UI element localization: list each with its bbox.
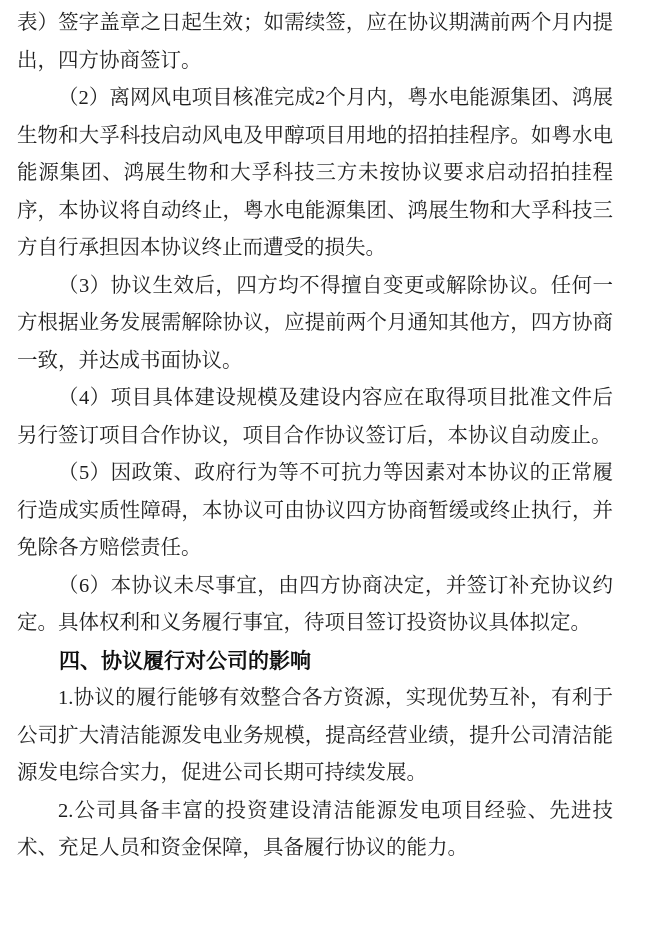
paragraph-clause-5: （5）因政策、政府行为等不可抗力等因素对本协议的正常履行造成实质性障碍，本协议可…	[17, 455, 613, 568]
paragraph-continuation: 表）签字盖章之日起生效；如需续签，应在协议期满前两个月内提出，四方协商签订。	[17, 5, 613, 80]
paragraph-clause-3: （3）协议生效后，四方均不得擅自变更或解除协议。任何一方根据业务发展需解除协议，…	[17, 268, 613, 381]
paragraph-impact-1: 1.协议的履行能够有效整合各方资源，实现优势互补，有利于公司扩大清洁能源发电业务…	[17, 680, 613, 793]
paragraph-clause-6: （6）本协议未尽事宜，由四方协商决定，并签订补充协议约定。具体权利和义务履行事宜…	[17, 568, 613, 643]
paragraph-clause-4: （4）项目具体建设规模及建设内容应在取得项目批准文件后另行签订项目合作协议，项目…	[17, 380, 613, 455]
document-page: 表）签字盖章之日起生效；如需续签，应在协议期满前两个月内提出，四方协商签订。 （…	[0, 0, 662, 926]
paragraph-impact-2: 2.公司具备丰富的投资建设清洁能源发电项目经验、先进技术、充足人员和资金保障，具…	[17, 793, 613, 868]
paragraph-clause-2: （2）离网风电项目核准完成2个月内，粤水电能源集团、鸿展生物和大孚科技启动风电及…	[17, 80, 613, 268]
section-heading-4: 四、协议履行对公司的影响	[17, 643, 613, 681]
